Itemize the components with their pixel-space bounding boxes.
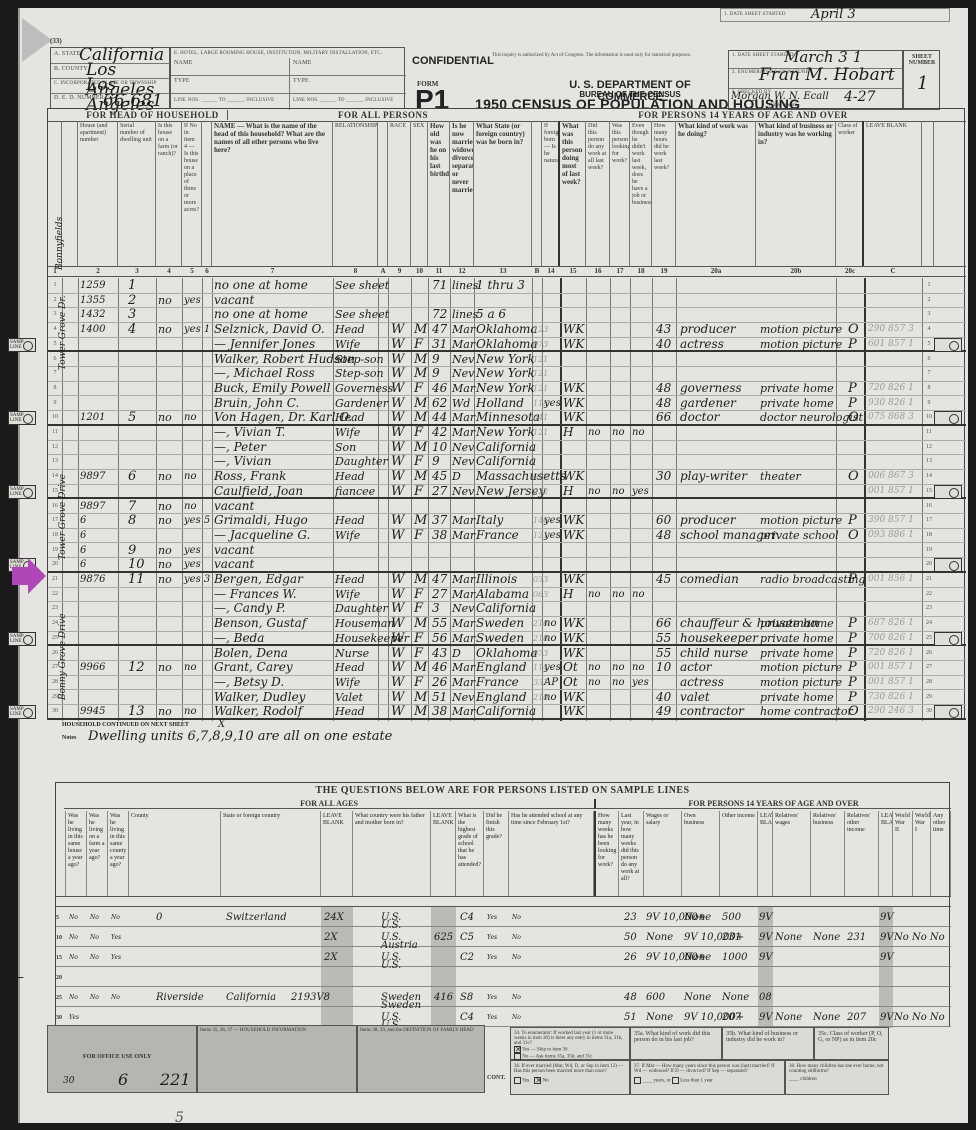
col-occupation: What kind of work was he doing? xyxy=(676,121,756,266)
table-row: 161698977nonovacant xyxy=(48,499,966,515)
finished-grade[interactable]: Yes xyxy=(487,929,497,947)
col-industry-label: What kind of business or industry was he… xyxy=(758,122,833,146)
sample-line-tag: SAMP LINE xyxy=(8,338,36,352)
sample-row: 110NoNoYes2XU.S.625C5YesNo50None9V 10,00… xyxy=(56,927,951,947)
relationship: fiancee xyxy=(335,484,375,499)
hours-worked: 10 xyxy=(656,660,671,675)
table-row: 2213552noyesvacant xyxy=(48,293,966,309)
q34-text: 34. To enumerator: If worked last year (… xyxy=(514,1031,626,1046)
lived-on-farm[interactable]: No xyxy=(90,949,99,967)
age: 38 xyxy=(432,704,447,719)
sheet-number: 1 xyxy=(917,73,928,94)
acres-answer: yes 3 xyxy=(184,572,210,587)
relative-other: 231 xyxy=(847,929,866,947)
business-income: None xyxy=(684,989,711,1007)
farm-answer: no xyxy=(158,293,172,308)
class-of-worker: P xyxy=(848,675,857,690)
sex: M xyxy=(414,396,427,411)
person-name: Selznick, David O. xyxy=(214,322,325,337)
hours-worked: 55 xyxy=(656,646,671,661)
house-number: 9945 xyxy=(80,704,105,719)
house-number: 9897 xyxy=(80,499,105,514)
finished-grade[interactable]: Yes xyxy=(487,909,497,927)
table-row: 2222— Frances W.WifeWF27MarAlabama063Hno… xyxy=(48,587,966,603)
industry: private school xyxy=(760,528,839,543)
relationship: Houseman xyxy=(335,616,395,631)
class-of-worker: P xyxy=(848,660,857,675)
lived-same-house[interactable]: No xyxy=(69,909,78,927)
class-of-worker: P xyxy=(848,396,857,411)
serial-number: 9 xyxy=(128,543,136,558)
birthplace-code: 073 xyxy=(533,337,548,352)
sample-line-tag: SAMP LINE xyxy=(8,705,36,719)
colnum-b: B xyxy=(532,267,542,275)
any-work: no xyxy=(588,675,600,690)
sample-col-f: LEAVE BLANK xyxy=(758,811,773,896)
business-income: None xyxy=(684,909,711,927)
col-activity: What was this person doing most of last … xyxy=(560,121,586,266)
age: 62 xyxy=(432,396,447,411)
looking-for-work: no xyxy=(612,425,624,440)
office-code: 730 826 1 xyxy=(868,690,914,705)
line-number: 22 xyxy=(48,587,62,602)
marital-status: Mar xyxy=(452,616,475,631)
lived-on-farm[interactable]: No xyxy=(90,929,99,947)
house-number: 9897 xyxy=(80,469,105,484)
age: 31 xyxy=(432,337,447,352)
house-number: 9966 xyxy=(80,660,105,675)
sex: F xyxy=(414,646,423,661)
colnum-20b: 20b xyxy=(756,267,836,275)
relationship: Wife xyxy=(335,425,360,440)
lived-on-farm[interactable]: No xyxy=(90,989,99,1007)
table-row: 2020610noyesvacantSAMP LINE xyxy=(48,557,966,573)
any-work: no xyxy=(588,660,600,675)
occupation: housekeeper xyxy=(680,631,758,646)
line-number-right: 18 xyxy=(922,528,936,543)
q37-box: 37. If Mar — How many years since this p… xyxy=(630,1060,785,1095)
relationship: Wife xyxy=(335,587,360,602)
industry: private home xyxy=(760,396,834,411)
table-row: 4414004noyes 1Selznick, David O.HeadWM47… xyxy=(48,322,966,338)
relationship: Valet xyxy=(335,690,363,705)
table-row: 2525—, BedaHousekeeperWF56MarSweden216no… xyxy=(48,631,966,647)
institution-type-label: Type xyxy=(174,78,190,84)
sample-line-number: 10 xyxy=(56,929,62,947)
q34-box: 34. To enumerator: If worked last year (… xyxy=(510,1027,630,1060)
q34-no[interactable]: No — Ask items 35a, 35b, and 35c xyxy=(514,1053,626,1060)
line-number-right: 21 xyxy=(922,572,936,587)
section-persons-14: FOR PERSONS 14 YEARS OF AGE AND OVER xyxy=(543,110,943,120)
class-of-worker: O xyxy=(848,704,859,719)
office-val-1: 30 xyxy=(63,1076,74,1086)
relationship: Head xyxy=(335,513,365,528)
person-name: vacant xyxy=(214,543,254,558)
finished-grade[interactable]: Yes xyxy=(487,949,497,967)
attended-school[interactable]: No xyxy=(512,909,521,927)
line-range-label: Line Nos. ______ to ______, inclusive xyxy=(174,98,274,103)
sample-col-24a: County xyxy=(129,811,221,896)
office-code: 001 857 1 xyxy=(868,675,914,690)
table-row: 2323—, Candy P.DaughterWF3NevCalifornia xyxy=(48,601,966,617)
sheet-number-box: SHEET NUMBER 1 xyxy=(903,50,940,110)
hours-worked: 40 xyxy=(656,690,671,705)
person-name: no one at home xyxy=(214,278,308,293)
office-code: 687 826 1 xyxy=(868,616,914,631)
office-code: 001 857 1 xyxy=(868,660,914,675)
finished-grade[interactable]: Yes xyxy=(487,989,497,1007)
marital-status: lines xyxy=(452,278,478,293)
weeks-worked: 26 xyxy=(624,949,637,967)
birthplace-code: 019 xyxy=(533,469,548,484)
marital-status: Nev xyxy=(452,366,474,381)
sample-line-tag-right xyxy=(934,485,962,499)
person-name: Caulfield, Joan xyxy=(214,484,303,499)
notes-label: Notes xyxy=(62,735,76,741)
col-marital-label: Is he now married, widowed, divorced, se… xyxy=(452,122,474,194)
activity: H xyxy=(563,484,573,499)
table-row: 101012015nonoVon Hagen, Dr. Karl O.HeadW… xyxy=(48,410,966,426)
q37-less: Less than 1 year xyxy=(680,1079,713,1084)
class-of-worker: O xyxy=(848,469,859,484)
lived-same-house[interactable]: No xyxy=(69,949,78,967)
colnum-12: 12 xyxy=(450,267,474,275)
table-row: 1313—, VivianDaughterWF9NevCalifornia xyxy=(48,454,966,470)
farm-answer: no xyxy=(158,469,172,484)
race: W xyxy=(391,646,404,661)
acres-answer: yes 1 xyxy=(184,322,210,337)
line-number-right: 7 xyxy=(922,366,936,381)
sample-line-tag: SAMP LINE xyxy=(8,411,36,425)
bottom-mark: 5 xyxy=(175,1110,184,1126)
prior-state: California xyxy=(226,989,276,1007)
lived-same-county[interactable]: No xyxy=(111,989,120,1007)
hours-worked: 66 xyxy=(656,616,671,631)
birthplace: France xyxy=(476,528,519,543)
q34-no-label: No — Ask items 35a, 35b, and 35c xyxy=(522,1055,592,1060)
leave-blank-g: 9V xyxy=(880,909,894,927)
person-name: Walker, Dudley xyxy=(214,690,305,705)
race: W xyxy=(391,572,404,587)
marital-status: Mar xyxy=(452,381,475,396)
relationship: Head xyxy=(335,322,365,337)
sample-line-tag-right xyxy=(934,338,962,352)
confidential-label: CONFIDENTIAL xyxy=(412,55,494,67)
birthplace: England xyxy=(476,660,527,675)
line-number-right: 26 xyxy=(922,646,936,661)
has-job: no xyxy=(632,660,644,675)
wage-income: None xyxy=(646,929,673,947)
line-number-right: 4 xyxy=(922,322,936,337)
weeks-worked: 50 xyxy=(624,929,637,947)
hours-worked: 48 xyxy=(656,528,671,543)
person-name: Buck, Emily Powell xyxy=(214,381,330,396)
leave-blank-g: 9V xyxy=(880,929,894,947)
sample-col-33c: Any other time xyxy=(931,811,951,896)
person-name: —, Vivian xyxy=(214,454,271,469)
person-name: Bergen, Edgar xyxy=(214,572,303,587)
confidential-note: This inquiry is authorized by Act of Con… xyxy=(492,53,722,58)
col-activity-label: What was this person doing most of last … xyxy=(562,122,582,186)
street-annotation-2: Tower Grove Dr. xyxy=(58,296,68,371)
acres-answer: yes 5 xyxy=(184,513,210,528)
sample-line-tag: SAMP LINE xyxy=(8,632,36,646)
business-income: None xyxy=(684,949,711,967)
lived-same-county[interactable]: Yes xyxy=(111,929,121,947)
industry: motion picture xyxy=(760,322,842,337)
age: 47 xyxy=(432,572,447,587)
any-work: no xyxy=(588,587,600,602)
line-number-right: 9 xyxy=(922,396,936,411)
house-number: 1400 xyxy=(80,322,105,337)
marital-status: Nev xyxy=(452,454,474,469)
col-agri xyxy=(202,121,212,266)
serial-number: 3 xyxy=(128,307,136,322)
overlay-strip: 1. DATE SHEET STARTED April 3 xyxy=(720,8,950,22)
activity: WK xyxy=(563,322,584,337)
sex: F xyxy=(414,631,423,646)
occupation: actress xyxy=(680,675,724,690)
activity: Ot xyxy=(563,675,578,690)
q36-options[interactable]: Yes No xyxy=(514,1077,626,1084)
line-number-right: 14 xyxy=(922,469,936,484)
sample-row: —20 xyxy=(56,967,951,987)
relationship: Head xyxy=(335,410,365,425)
table-row: 1112591no one at homeSee sheet71lines1 t… xyxy=(48,278,966,294)
checked-by: Morgan W. N. Ecall xyxy=(731,91,829,102)
race: W xyxy=(391,601,404,616)
activity: WK xyxy=(563,337,584,352)
weeks-worked: 23 xyxy=(624,909,637,927)
farm-answer: no xyxy=(158,572,172,587)
person-name: Grimaldi, Hugo xyxy=(214,513,308,528)
sample-line-tag-right xyxy=(934,632,962,646)
sample-line-number: 5 xyxy=(56,909,59,927)
col-sex: SEX xyxy=(411,121,428,266)
office-code: 700 826 1 xyxy=(868,631,914,646)
birthplace-code: 121 xyxy=(533,425,548,440)
col-hours: How many hours did he work last week? xyxy=(652,121,676,266)
age: 27 xyxy=(432,484,447,499)
naturalized: no xyxy=(544,616,556,631)
person-name: — Jennifer Jones xyxy=(214,337,315,352)
notes-text: Dwelling units 6,7,8,9,10 are all on one… xyxy=(88,729,392,744)
weeks-worked: 48 xyxy=(624,989,637,1007)
colnum-15: 15 xyxy=(560,267,586,275)
age: 9 xyxy=(432,366,440,381)
sample-col-29: How many weeks has he been looking for w… xyxy=(594,811,619,896)
sample-col-e: LEAVE BLANK xyxy=(431,811,456,896)
birthplace: 1 thru 3 xyxy=(476,278,525,293)
activity: WK xyxy=(563,704,584,719)
table-row: 171768noyes 5Grimaldi, HugoHeadWM37MarIt… xyxy=(48,513,966,529)
activity: WK xyxy=(563,528,584,543)
age: 3 xyxy=(432,601,440,616)
sample-col-28: Has he attended school at any time since… xyxy=(509,811,594,896)
birthplace-code: 121 xyxy=(533,366,548,381)
age: 9 xyxy=(432,352,440,367)
attended-school[interactable]: No xyxy=(512,929,521,947)
sample-col-32c: Relatives' other income xyxy=(845,811,879,896)
looking-for-work: no xyxy=(612,484,624,499)
q35c-text: 35c. Class of worker (P, O, G, or NP) as… xyxy=(818,1031,885,1043)
section-all-persons: FOR ALL PERSONS xyxy=(228,110,538,120)
sample-col-27: Did he finish this grade? xyxy=(484,811,509,896)
race: W xyxy=(391,322,404,337)
office-code: 390 857 1 xyxy=(868,513,914,528)
office-code: 093 886 1 xyxy=(868,528,914,543)
industry: private home xyxy=(760,631,834,646)
house-number: 6 xyxy=(80,543,86,558)
lived-on-farm[interactable]: No xyxy=(90,909,99,927)
q38-text: 38. How many children has she ever borne… xyxy=(789,1064,885,1074)
person-name: Benson, Gustaf xyxy=(214,616,306,631)
colnum-16: 16 xyxy=(586,267,610,275)
col-line-number-right xyxy=(922,121,934,266)
acres-answer: no xyxy=(184,410,196,425)
line-number-right: 1 xyxy=(922,278,936,293)
sample-all-ages: FOR ALL AGES xyxy=(64,799,594,809)
farm-answer: no xyxy=(158,410,172,425)
q38-box: 38. How many children has she ever borne… xyxy=(785,1060,889,1095)
leave-blank-f: 9V xyxy=(759,949,773,967)
attended-school[interactable]: No xyxy=(512,949,521,967)
has-job: no xyxy=(632,425,644,440)
person-name: Ross, Frank xyxy=(214,469,286,484)
acres-answer: no xyxy=(184,660,196,675)
sex: F xyxy=(414,601,423,616)
sex: M xyxy=(414,322,427,337)
lived-same-county[interactable]: No xyxy=(111,909,120,927)
industry: private home xyxy=(760,381,834,396)
occupation: valet xyxy=(680,690,710,705)
lived-same-county[interactable]: Yes xyxy=(111,949,121,967)
person-name: —, Peter xyxy=(214,440,266,455)
industry: private home xyxy=(760,646,834,661)
colnum-7: 7 xyxy=(212,267,333,275)
col-age: How old was he on his last birthday? xyxy=(428,121,450,266)
hours-worked: 55 xyxy=(656,631,671,646)
q37-options[interactable]: ____ years, or Less than 1 year xyxy=(634,1077,781,1084)
office-code: 601 857 1 xyxy=(868,337,914,352)
birthplace: Holland xyxy=(476,396,524,411)
q37-years: years, or xyxy=(654,1079,671,1084)
hours-worked: 48 xyxy=(656,381,671,396)
highest-grade: C2 xyxy=(460,949,474,967)
q35a-text: 35a. What kind of work did this person d… xyxy=(634,1031,718,1043)
col-class: Class of worker xyxy=(836,121,864,266)
birthplace: Sweden xyxy=(476,631,524,646)
occupation: actress xyxy=(680,337,724,352)
farm-answer: no xyxy=(158,543,172,558)
age: 71 xyxy=(432,278,447,293)
sample-row: 415NoNoYes2XU.S.C2YesNo269V 10,000+None1… xyxy=(56,947,951,967)
sample-persons-14: FOR PERSONS 14 YEARS OF AGE AND OVER xyxy=(594,799,951,809)
farm-answer: no xyxy=(158,499,172,514)
race: W xyxy=(391,440,404,455)
sex: F xyxy=(414,454,423,469)
age: 38 xyxy=(432,528,447,543)
lived-same-house[interactable]: No xyxy=(69,929,78,947)
class-of-worker: P xyxy=(848,513,857,528)
marital-status: Mar xyxy=(452,528,475,543)
person-name: Von Hagen, Dr. Karl O. xyxy=(214,410,352,425)
sex: M xyxy=(414,513,427,528)
marital-status: Mar xyxy=(452,425,475,440)
house-number: 6 xyxy=(80,513,86,528)
age: 43 xyxy=(432,646,447,661)
serial-number: 13 xyxy=(128,704,145,719)
looking-for-work: no xyxy=(612,660,624,675)
office-code: 001 856 1 xyxy=(868,572,914,587)
has-job: yes xyxy=(632,675,649,690)
relationship: See sheet xyxy=(335,278,389,293)
occupation: producer xyxy=(680,322,736,337)
leave-blank-g: 9V xyxy=(880,949,894,967)
colnum-18: 18 xyxy=(630,267,652,275)
sample-title: THE QUESTIONS BELOW ARE FOR PERSONS LIST… xyxy=(56,785,949,796)
person-name: vacant xyxy=(214,293,254,308)
prior-county: Riverside xyxy=(156,989,204,1007)
industry: theater xyxy=(760,469,801,484)
age: 27 xyxy=(432,587,447,602)
q34-yes[interactable]: Yes — Skip to item 36 xyxy=(514,1046,626,1053)
table-row: 2424Benson, GustafHousemanWM55MarSweden2… xyxy=(48,616,966,632)
naturalized: yes xyxy=(544,513,561,528)
county-label: b. COUNTY xyxy=(54,66,88,72)
farm-answer: no xyxy=(158,513,172,528)
colnum-20a: 20a xyxy=(676,267,756,275)
line-number-right: 11 xyxy=(922,425,936,440)
lived-same-house[interactable]: No xyxy=(69,989,78,1007)
race: W xyxy=(391,396,404,411)
race: W xyxy=(391,469,404,484)
wage-income: 600 xyxy=(646,989,665,1007)
industry: private home xyxy=(760,690,834,705)
table-row: 2727996612nonoGrant, CareyHeadWM46MarEng… xyxy=(48,660,966,676)
marital-status: Mar xyxy=(452,322,475,337)
acres-answer: yes xyxy=(184,293,201,308)
marital-status: Mar xyxy=(452,337,475,352)
relationship: Step-son xyxy=(335,352,384,367)
colnum-3: 3 xyxy=(118,267,156,275)
activity: WK xyxy=(563,396,584,411)
sample-side-mark: — xyxy=(11,969,24,987)
attended-school[interactable]: No xyxy=(512,989,521,1007)
table-row: 88Buck, Emily PowellGovernessWF46MarNew … xyxy=(48,381,966,397)
acres-answer: yes xyxy=(184,543,201,558)
any-work: no xyxy=(588,484,600,499)
marital-status: Mar xyxy=(452,410,475,425)
relationship: Gardener xyxy=(335,396,388,411)
col-naturalized: If foreign born — Is he naturalized? xyxy=(542,121,560,266)
birthplace: England xyxy=(476,690,527,705)
office-code: 075 868 3 xyxy=(868,410,914,425)
sex: F xyxy=(414,337,423,352)
occupation: producer xyxy=(680,513,736,528)
person-name: —, Michael Ross xyxy=(214,366,315,381)
has-job: yes xyxy=(632,484,649,499)
naturalized: no xyxy=(544,631,556,646)
marital-status: D xyxy=(452,469,461,484)
line-number-right: 8 xyxy=(922,381,936,396)
industry: home contractor xyxy=(760,704,853,719)
occupation: doctor xyxy=(680,410,719,425)
marital-status: Nev xyxy=(452,690,474,705)
relationship: Head xyxy=(335,660,365,675)
sample-line-tag: SAMP LINE xyxy=(8,485,36,499)
sex: F xyxy=(414,425,423,440)
